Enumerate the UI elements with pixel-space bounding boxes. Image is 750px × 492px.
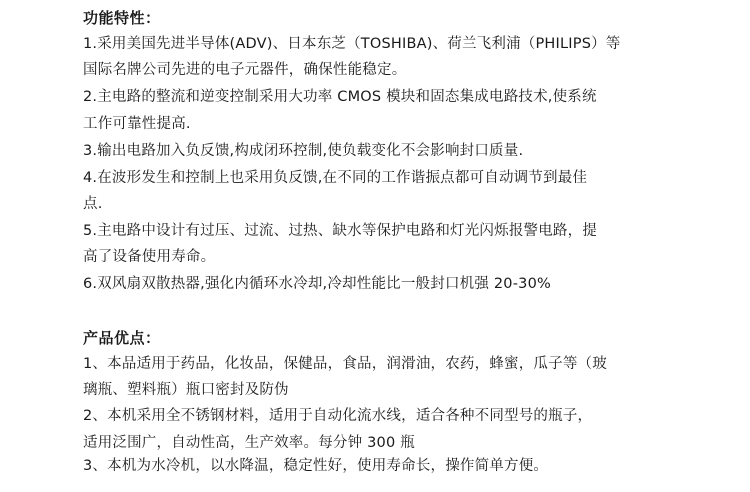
features-line: 工作可靠性提高. (83, 114, 191, 134)
features-heading: 功能特性： (83, 8, 161, 28)
features-line: 2.主电路的整流和逆变控制采用大功率 CMOS 模块和固态集成电路技术,使系统 (83, 87, 597, 107)
features-line: 3.输出电路加入负反馈,构成闭环控制,使负载变化不会影响封口质量. (83, 141, 523, 161)
advantages-line: 1、本品适用于药品，化妆品，保健品，食品，润滑油，农药，蜂蜜，瓜子等（玻 (83, 354, 607, 374)
features-line: 国际名牌公司先进的电子元器件，确保性能稳定。 (83, 60, 406, 80)
advantages-heading: 产品优点： (83, 328, 161, 348)
advantages-line: 2、本机采用全不锈钢材料，适用于自动化流水线，适合各种不同型号的瓶子， (83, 406, 592, 426)
features-line: 4.在波形发生和控制上也采用负反馈,在不同的工作谐振点都可自动调节到最佳 (83, 168, 587, 188)
advantages-line: 3、本机为水冷机，以水降温，稳定性好，使用寿命长，操作简单方便。 (83, 456, 548, 476)
features-line: 高了设备使用寿命。 (83, 247, 215, 267)
features-line: 点. (83, 194, 103, 214)
advantages-line: 璃瓶、塑料瓶）瓶口密封及防伪 (83, 380, 289, 400)
features-line: 1.采用美国先进半导体(ADV)、日本东芝（TOSHIBA)、荷兰飞利浦（PHI… (83, 34, 621, 54)
advantages-line: 适用泛围广，自动性高，生产效率。每分钟 300 瓶 (83, 433, 415, 453)
features-line: 5.主电路中设计有过压、过流、过热、缺水等保护电路和灯光闪烁报警电路，提 (83, 221, 597, 241)
features-line: 6.双风扇双散热器,强化内循环水冷却,冷却性能比一般封口机强 20-30% (83, 274, 551, 294)
